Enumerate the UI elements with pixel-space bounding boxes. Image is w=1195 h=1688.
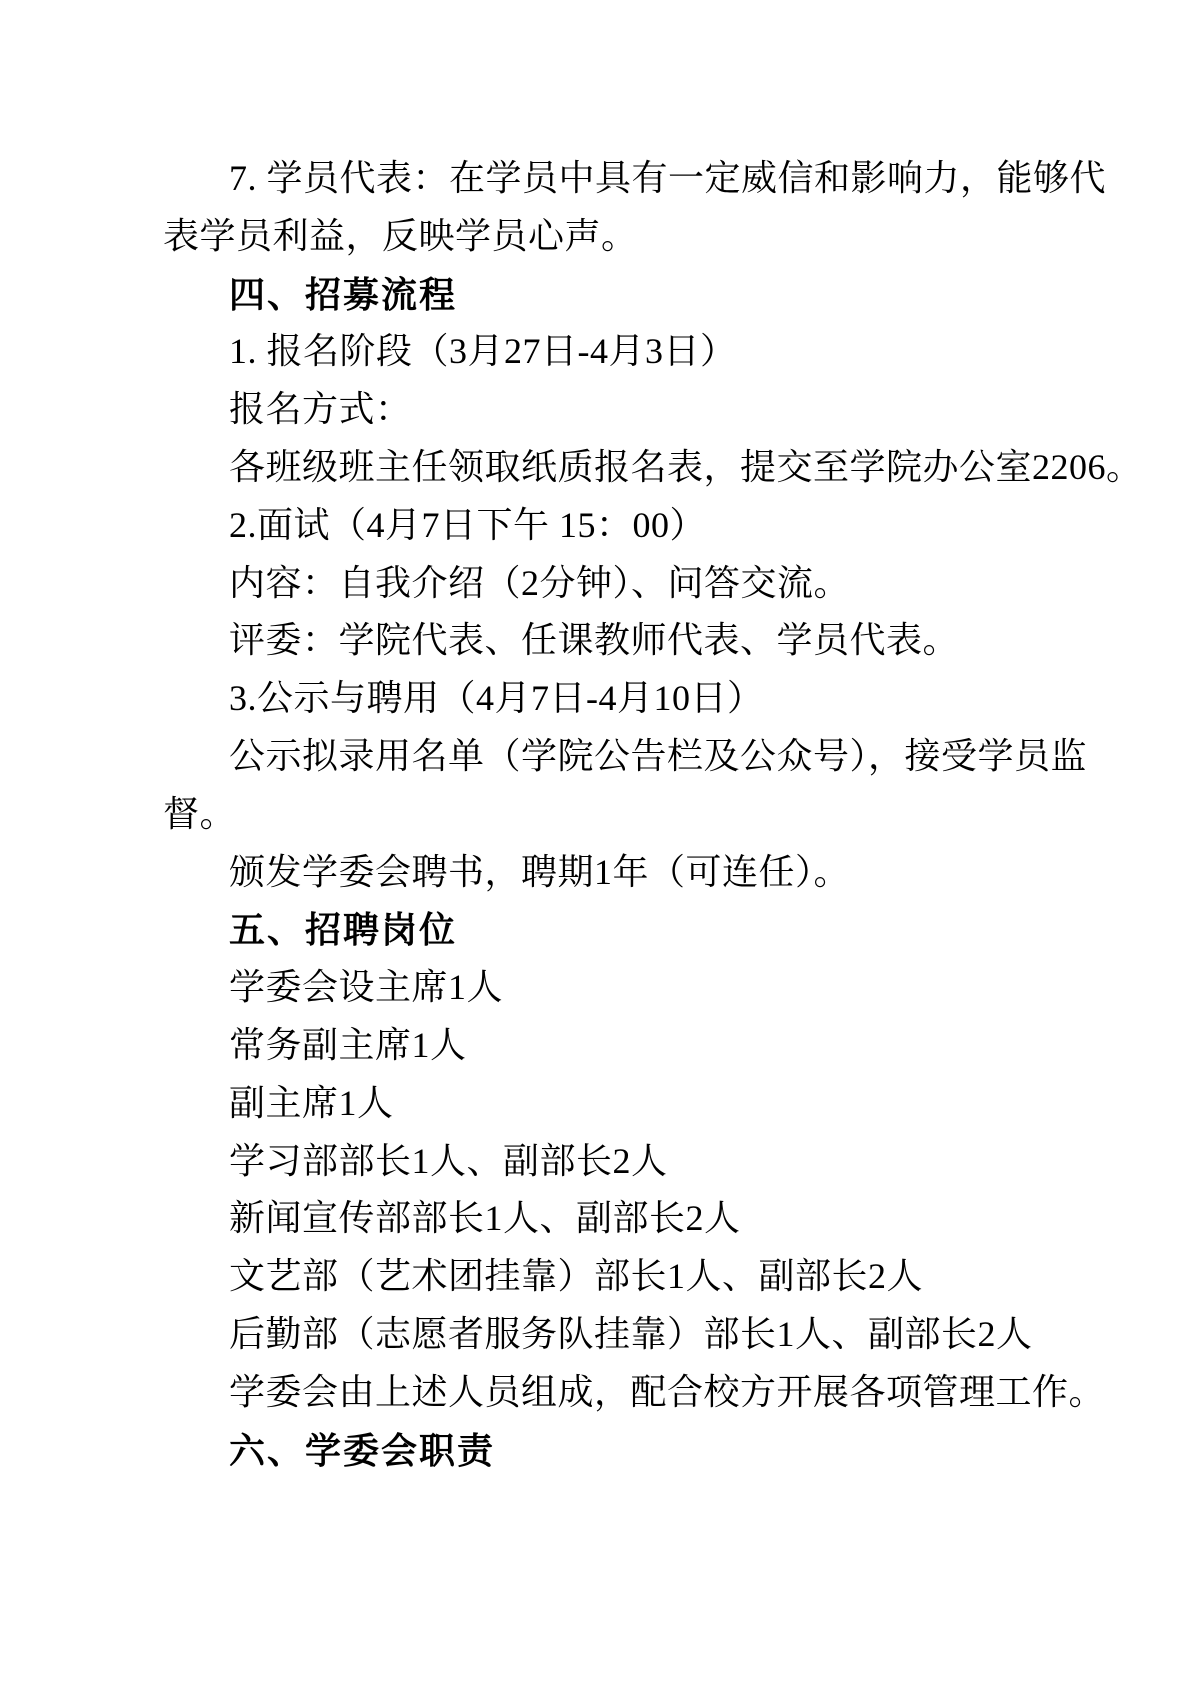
section-heading-positions: 五、招聘岗位 [163, 901, 1041, 959]
paragraph-committee-composition: 学委会由上述人员组成，配合校方开展各项管理工作。 [163, 1364, 1041, 1422]
document-page: 7. 学员代表：在学员中具有一定威信和影响力，能够代 表学员利益，反映学员心声。… [0, 0, 1195, 1688]
paragraph-signup-method-label: 报名方式： [163, 381, 1041, 439]
paragraph-interview-stage: 2.面试（4月7日下午 15：00） [163, 497, 1041, 555]
paragraph-position-arts-dept: 文艺部（艺术团挂靠）部长1人、副部长2人 [163, 1248, 1041, 1306]
paragraph-position-study-dept: 学习部部长1人、副部长2人 [163, 1133, 1041, 1191]
paragraph-position-logistics-dept: 后勤部（志愿者服务队挂靠）部长1人、副部长2人 [163, 1306, 1041, 1364]
paragraph-position-exec-vice-chair: 常务副主席1人 [163, 1017, 1041, 1075]
document-body: 7. 学员代表：在学员中具有一定威信和影响力，能够代 表学员利益，反映学员心声。… [163, 150, 1041, 1479]
paragraph-position-chairman: 学委会设主席1人 [163, 959, 1041, 1017]
paragraph-position-news-dept: 新闻宣传部部长1人、副部长2人 [163, 1190, 1041, 1248]
paragraph-signup-method-detail: 各班级班主任领取纸质报名表，提交至学院办公室2206。 [163, 439, 1041, 497]
paragraph-position-vice-chair: 副主席1人 [163, 1075, 1041, 1133]
paragraph-member-rep-line1: 7. 学员代表：在学员中具有一定威信和影响力，能够代 [163, 150, 1041, 208]
paragraph-interview-judges: 评委：学院代表、任课教师代表、学员代表。 [163, 612, 1041, 670]
section-heading-duties: 六、学委会职责 [163, 1422, 1041, 1480]
paragraph-signup-stage: 1. 报名阶段（3月27日-4月3日） [163, 323, 1041, 381]
paragraph-publicity-detail-line1: 公示拟录用名单（学院公告栏及公众号），接受学员监 [163, 728, 1041, 786]
paragraph-member-rep-line2: 表学员利益，反映学员心声。 [163, 208, 1041, 266]
section-heading-recruit-process: 四、招募流程 [163, 266, 1041, 324]
paragraph-publicity-stage: 3.公示与聘用（4月7日-4月10日） [163, 670, 1041, 728]
paragraph-appointment-letter: 颁发学委会聘书，聘期1年（可连任）。 [163, 844, 1041, 902]
paragraph-interview-content: 内容：自我介绍（2分钟）、问答交流。 [163, 555, 1041, 613]
paragraph-publicity-detail-line2: 督。 [163, 786, 1041, 844]
